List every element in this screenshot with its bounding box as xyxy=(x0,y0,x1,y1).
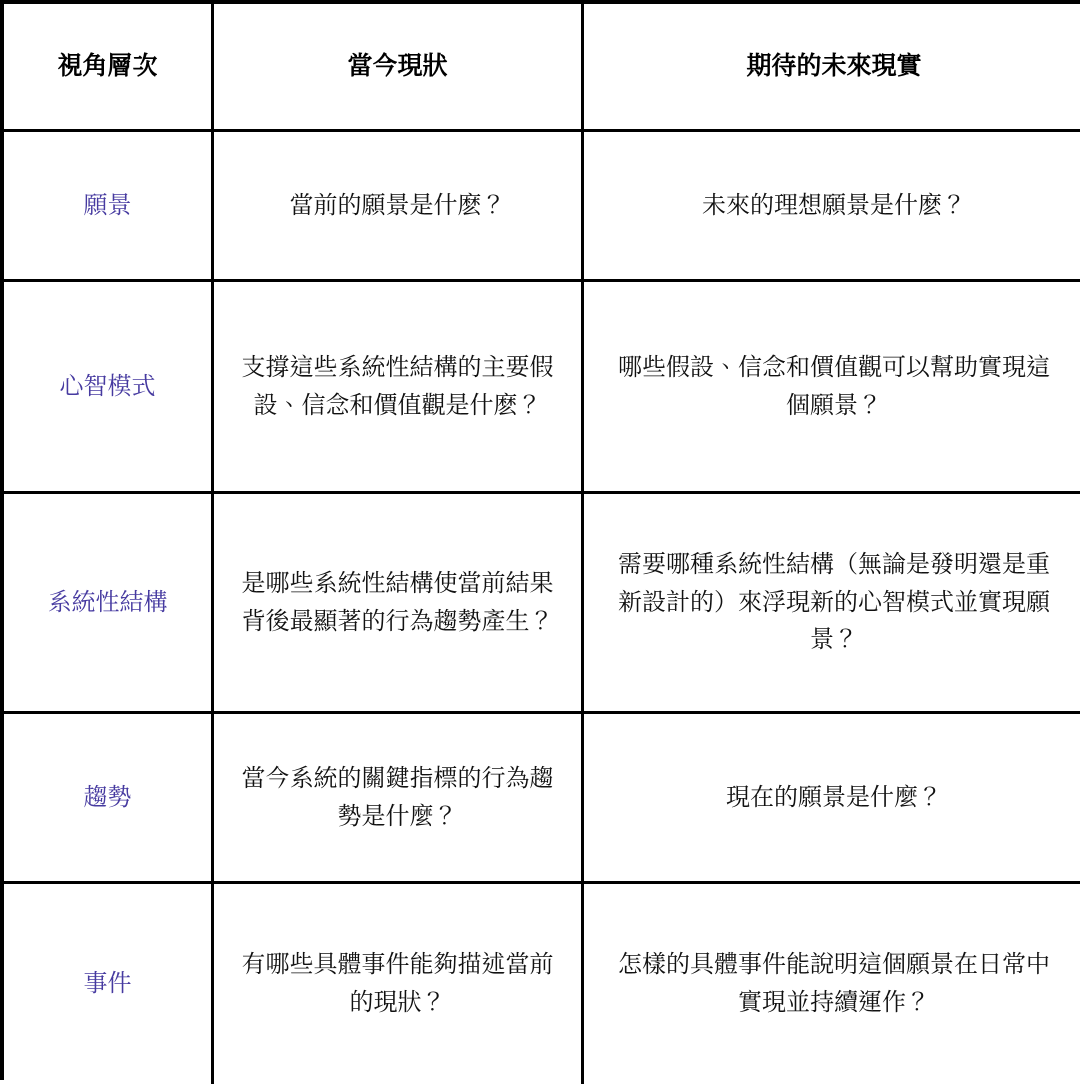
cell-vision-current: 當前的願景是什麽？ xyxy=(214,132,584,282)
cell-events-future: 怎樣的具體事件能說明這個願景在日常中 實現並持續運作？ xyxy=(584,884,1080,1084)
cell-mental-models-current: 支撐這些系統性結構的主要假 設、信念和價值觀是什麽？ xyxy=(214,282,584,494)
header-cell-perspective-level: 視角層次 xyxy=(4,4,214,132)
cell-mental-models-future: 哪些假設、信念和價值觀可以幫助實現這 個願景？ xyxy=(584,282,1080,494)
cell-systemic-structures-current: 是哪些系統性結構使當前結果 背後最顯著的行為趨勢產生？ xyxy=(214,494,584,714)
cell-vision-future: 未來的理想願景是什麽？ xyxy=(584,132,1080,282)
cell-trends-future: 現在的願景是什麼？ xyxy=(584,714,1080,884)
row-label-trends: 趨勢 xyxy=(4,714,214,884)
header-cell-current-reality: 當今現狀 xyxy=(214,4,584,132)
row-label-vision: 願景 xyxy=(4,132,214,282)
cell-trends-current: 當今系統的關鍵指標的行為趨 勢是什麼？ xyxy=(214,714,584,884)
cell-events-current: 有哪些具體事件能夠描述當前 的現狀？ xyxy=(214,884,584,1084)
row-label-systemic-structures: 系統性結構 xyxy=(4,494,214,714)
row-label-mental-models: 心智模式 xyxy=(4,282,214,494)
row-label-events: 事件 xyxy=(4,884,214,1084)
header-cell-desired-future-reality: 期待的未來現實 xyxy=(584,4,1080,132)
levels-of-perspective-table: 視角層次 當今現狀 期待的未來現實 願景 當前的願景是什麽？ 未來的理想願景是什… xyxy=(0,0,1080,1080)
cell-systemic-structures-future: 需要哪種系統性結構（無論是發明還是重 新設計的）來浮現新的心智模式並實現願 景？ xyxy=(584,494,1080,714)
